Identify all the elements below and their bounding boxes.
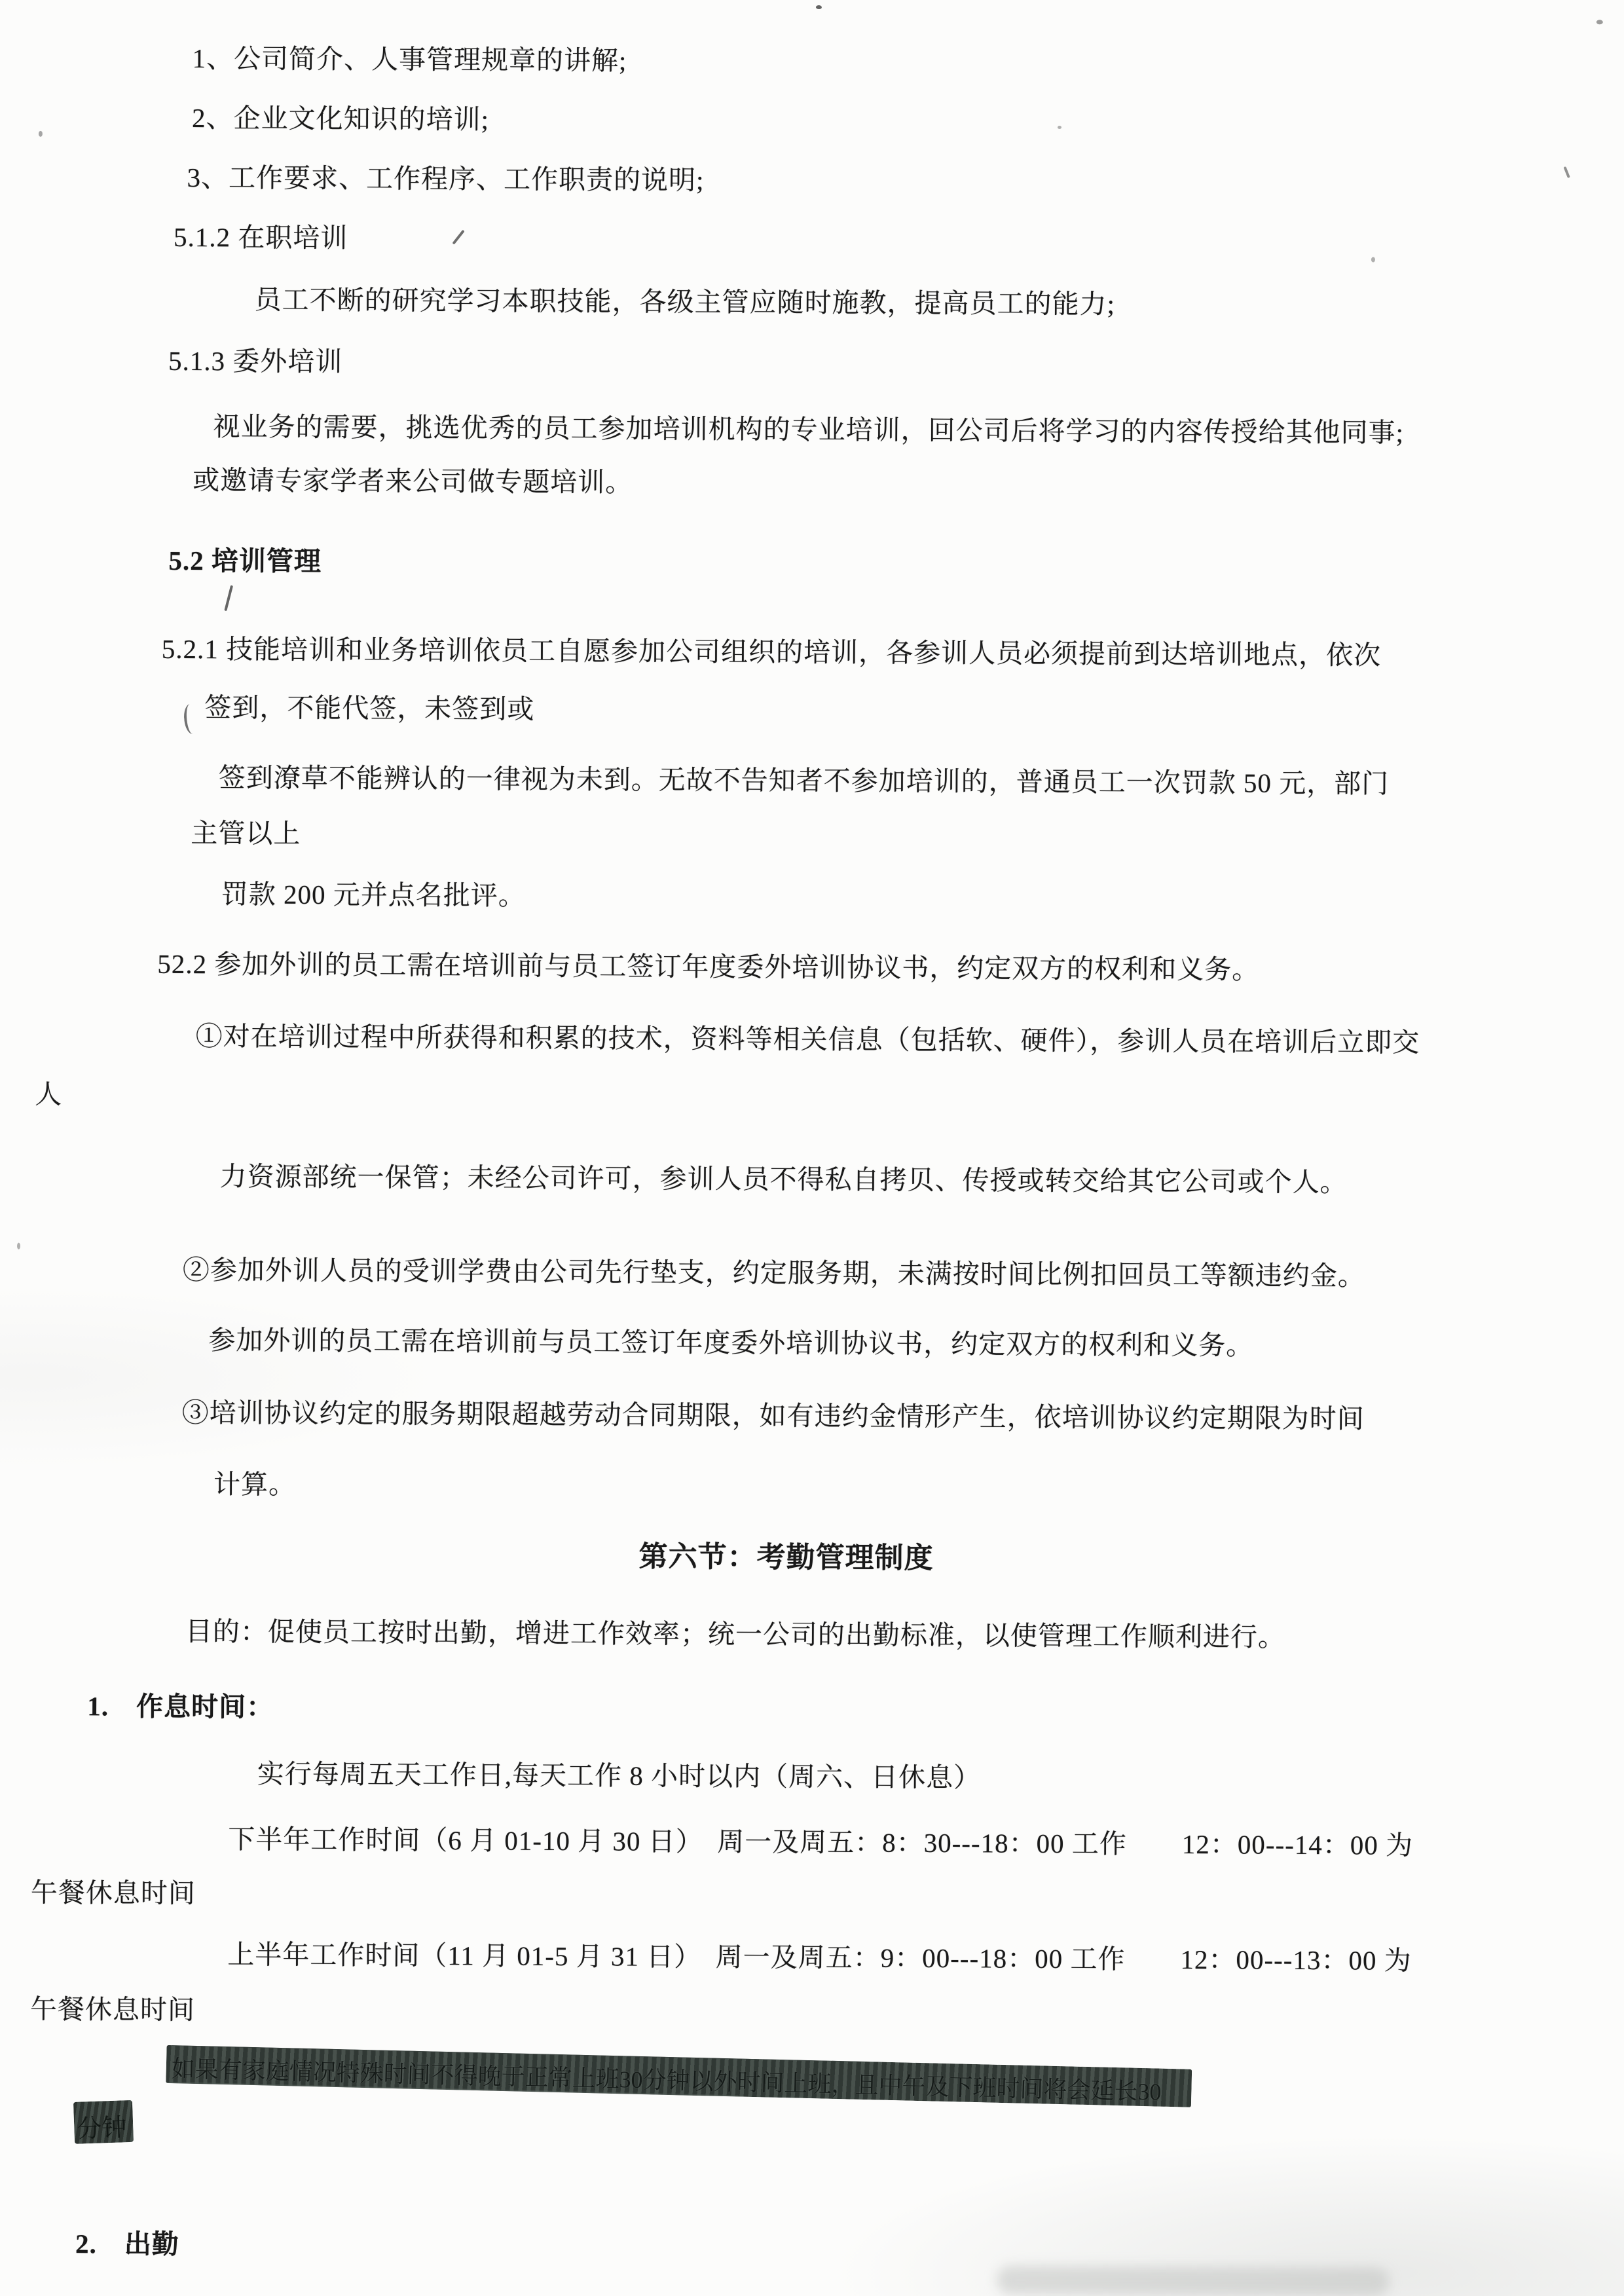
para-5-2-1-line2: 签到，不能代签，未签到或	[204, 693, 534, 725]
heading-5-1-2: 5.1.2 在职培训	[174, 223, 348, 253]
para-clause3-line2: 计算。	[213, 1470, 296, 1500]
heading-work-hours: 1. 作息时间：	[87, 1692, 274, 1722]
training-content-item-1: 1、公司简介、人事管理规章的讲解;	[192, 44, 627, 76]
scan-smudge	[997, 2266, 1390, 2296]
para-5-2-1-line5: 罚款 200 元并点名批评。	[221, 880, 526, 911]
heading-5-1-3: 5.1.3 委外培训	[168, 346, 342, 377]
training-content-item-3: 3、工作要求、工作程序、工作职责的说明;	[187, 163, 704, 196]
scanned-document-page: { "doc": { "new_employee_training_items"…	[0, 0, 1624, 2296]
pen-mark	[183, 703, 200, 735]
para-clause1-line1: ①对在培训过程中所获得和积累的技术，资料等相关信息（包括软、硬件），参训人员在培…	[196, 1022, 1420, 1058]
scan-speck	[1371, 257, 1375, 262]
para-clause1-line2: 人	[35, 1080, 62, 1110]
para-5-1-3-body-1: 视业务的需要，挑选优秀的员工参加培训机构的专业培训，回公司后将学习的内容传授给其…	[213, 412, 1404, 448]
scan-speck	[39, 131, 43, 137]
para-schedule-line4: 上半年工作时间（11 月 01-5 月 31 日） 周一及周五：9：00---1…	[227, 1940, 1412, 1976]
para-clause2-line1: ②参加外训人员的受训学费由公司先行垫支，约定服务期，未满按时间比例扣回员工等额违…	[183, 1255, 1365, 1291]
para-clause2-line2: 参加外训的员工需在培训前与员工签订年度委外培训协议书，约定双方的权利和义务。	[208, 1325, 1253, 1361]
para-schedule-line3: 午餐休息时间	[31, 1878, 196, 1909]
para-purpose: 目的：促使员工按时出勤，增进工作效率；统一公司的出勤标准，以使管理工作顺利进行。	[185, 1617, 1285, 1653]
redacted-tail-blob: 分钟	[73, 2100, 134, 2144]
para-5-2-1-line1: 5.2.1 技能培训和业务培训依员工自愿参加公司组织的培训，各参训人员必须提前到…	[162, 635, 1381, 671]
heading-attendance-2: 2. 出勤	[75, 2229, 179, 2260]
scan-speck	[816, 5, 822, 9]
para-schedule-line5: 午餐休息时间	[30, 1995, 195, 2026]
section-heading-attendance: 第六节：考勤管理制度	[638, 1541, 933, 1575]
para-5-1-2-body: 员工不断的研究学习本职技能，各级主管应随时施教，提高员工的能力;	[254, 286, 1115, 320]
document-content: 1、公司简介、人事管理规章的讲解; 2、企业文化知识的培训; 3、工作要求、工作…	[0, 0, 1624, 2296]
para-5-2-1-line3: 签到潦草不能辨认的一律视为未到。无故不告知者不参加培训的，普通员工一次罚款 50…	[219, 763, 1390, 799]
scan-speck	[17, 1243, 20, 1250]
redacted-line-bar: 如果有家庭情况特殊时间不得晚于正常上班30分钟以外时间上班，且中午及下班时间将会…	[166, 2045, 1192, 2107]
scan-speck	[1596, 20, 1603, 24]
pen-mark	[452, 230, 464, 245]
para-5-1-3-body-2: 或邀请专家学者来公司做专题培训。	[193, 466, 633, 498]
pen-mark	[224, 585, 233, 611]
para-schedule-line1: 实行每周五天工作日,每天工作 8 小时以内（周六、日休息）	[257, 1760, 981, 1794]
para-5-2-1-line4: 主管以上	[191, 819, 301, 849]
para-clause1-line3: 力资源部统一保管；未经公司许可，参训人员不得私自拷贝、传授或转交给其它公司或个人…	[219, 1162, 1347, 1198]
heading-5-2: 5.2 培训管理	[168, 546, 322, 577]
training-content-item-2: 2、企业文化知识的培训;	[192, 103, 489, 135]
para-clause3-line1: ③培训协议约定的服务期限超越劳动合同期限，如有违约金情形产生，依培训协议约定期限…	[182, 1398, 1365, 1434]
redacted-line-text: 如果有家庭情况特殊时间不得晚于正常上班30分钟以外时间上班，且中午及下班时间将会…	[171, 2050, 1162, 2107]
para-schedule-line2: 下半年工作时间（6 月 01-10 月 30 日） 周一及周五：8：30---1…	[228, 1824, 1413, 1861]
scan-speck	[1058, 126, 1061, 129]
pen-mark	[1563, 166, 1570, 178]
para-52-2: 52.2 参加外训的员工需在培训前与员工签订年度委外培训协议书，约定双方的权利和…	[157, 950, 1259, 986]
redacted-tail-text: 分钟	[76, 2107, 127, 2144]
